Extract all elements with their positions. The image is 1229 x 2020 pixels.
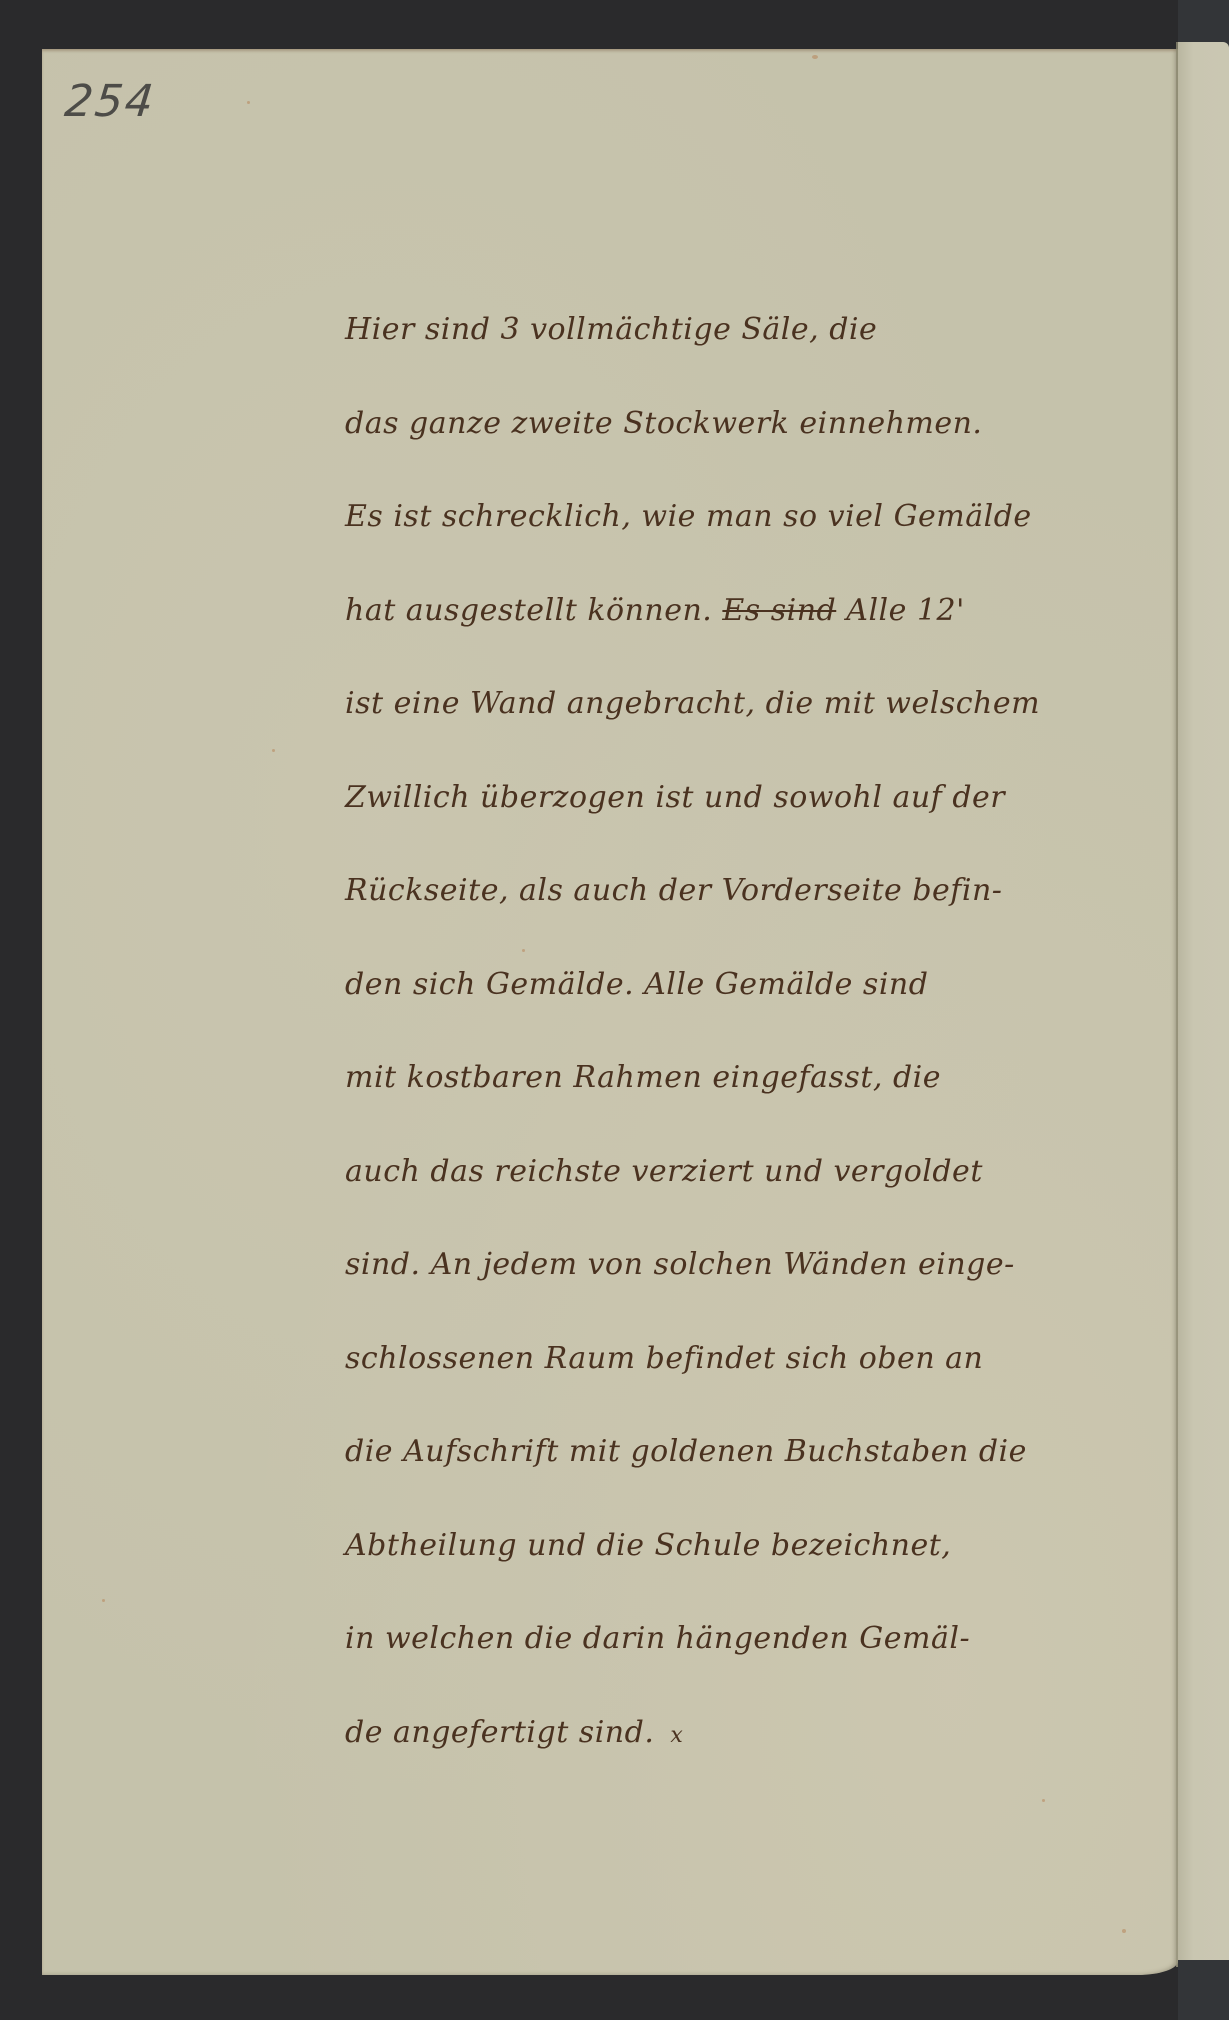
line-text: den sich Gemälde. Alle Gemälde sind <box>345 955 928 1015</box>
text-line-8: den sich Gemälde. Alle Gemälde sind <box>345 955 1125 1049</box>
text-line-16: de angefertigt sind. x <box>345 1703 1125 1797</box>
text-line-4: hat ausgestellt können. Es sind Alle 12' <box>345 581 1125 675</box>
text-line-9: mit kostbaren Rahmen eingefasst, die <box>345 1048 1125 1142</box>
line-text: auch das reichste verziert und vergoldet <box>345 1142 983 1202</box>
line-text: sind. An jedem von solchen Wänden einge- <box>345 1235 1015 1295</box>
text-line-10: auch das reichste verziert und vergoldet <box>345 1142 1125 1236</box>
line-text: das ganze zweite Stockwerk einnehmen. <box>345 394 982 454</box>
line-text: mit kostbaren Rahmen eingefasst, die <box>345 1048 941 1108</box>
line-text: Hier sind 3 vollmächtige Säle, die <box>345 300 877 360</box>
text-line-6: Zwillich überzogen ist und sowohl auf de… <box>345 768 1125 862</box>
text-line-11: sind. An jedem von solchen Wänden einge- <box>345 1235 1125 1329</box>
text-line-1: Hier sind 3 vollmächtige Säle, die <box>345 300 1125 394</box>
paper-speck <box>812 55 818 59</box>
text-line-15: in welchen die darin hängenden Gemäl- <box>345 1609 1125 1703</box>
text-line-13: die Aufschrift mit goldenen Buchstaben d… <box>345 1422 1125 1516</box>
paper-speck <box>102 1599 105 1602</box>
line-text: Alle 12' <box>846 581 965 641</box>
line-text: schlossenen Raum befindet sich oben an <box>345 1329 983 1389</box>
line-text: Zwillich überzogen ist und sowohl auf de… <box>345 768 1005 828</box>
line-text: de angefertigt sind. <box>345 1703 654 1763</box>
line-text: hat ausgestellt können. <box>345 581 712 641</box>
line-text: Rückseite, als auch der Vorderseite befi… <box>345 861 1002 921</box>
folio-number: 254 <box>62 76 157 127</box>
struck-text: Es sind <box>722 581 836 641</box>
paper-speck <box>1042 1799 1045 1802</box>
line-text: Abtheilung und die Schule bezeichnet, <box>345 1516 951 1576</box>
text-line-14: Abtheilung und die Schule bezeichnet, <box>345 1516 1125 1610</box>
line-text: ist eine Wand angebracht, die mit welsch… <box>345 674 1040 734</box>
paper-speck <box>272 749 275 752</box>
text-line-7: Rückseite, als auch der Vorderseite befi… <box>345 861 1125 955</box>
text-line-12: schlossenen Raum befindet sich oben an <box>345 1329 1125 1423</box>
end-mark: x <box>670 1706 683 1766</box>
line-text: in welchen die darin hängenden Gemäl- <box>345 1609 970 1669</box>
paper-speck <box>1122 1929 1126 1933</box>
text-line-2: das ganze zweite Stockwerk einnehmen. <box>345 394 1125 488</box>
facing-page-edge <box>1178 42 1229 1960</box>
text-line-5: ist eine Wand angebracht, die mit welsch… <box>345 674 1125 768</box>
handwritten-text: Hier sind 3 vollmächtige Säle, die das g… <box>345 300 1125 1796</box>
line-text: Es ist schrecklich, wie man so viel Gemä… <box>345 487 1032 547</box>
text-line-3: Es ist schrecklich, wie man so viel Gemä… <box>345 487 1125 581</box>
paper-speck <box>247 101 250 104</box>
line-text: die Aufschrift mit goldenen Buchstaben d… <box>345 1422 1027 1482</box>
book-gutter <box>1176 42 1178 1967</box>
